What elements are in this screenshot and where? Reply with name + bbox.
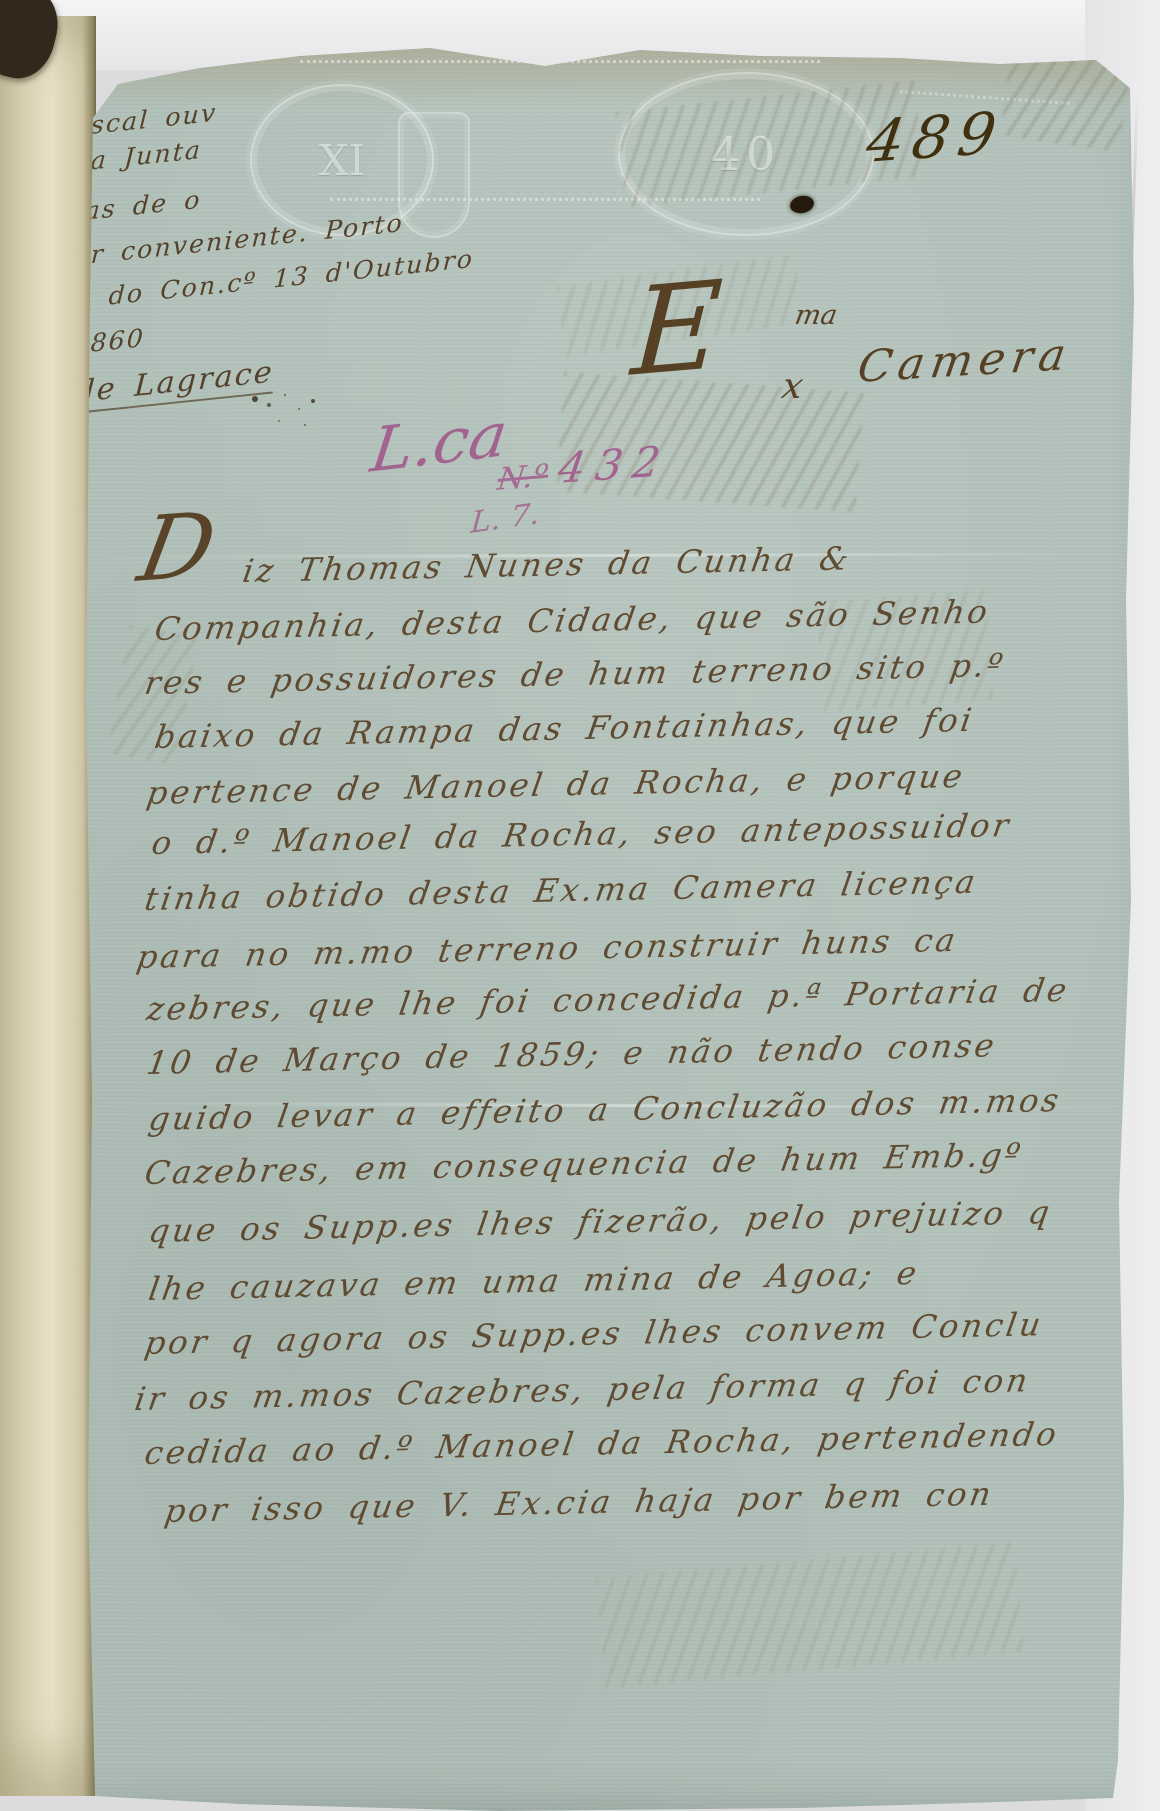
registry-crossed-label: N.º — [496, 458, 551, 498]
embossed-coat-of-arms — [398, 112, 470, 238]
heading-superscript: ma — [793, 300, 840, 331]
ink-spatter — [252, 396, 258, 402]
archive-number: 489 — [862, 99, 1008, 176]
heading-initial: E — [628, 254, 725, 403]
manuscript-paper: XI 40 Mass ejà o Ex os Fiscal ouv do a J… — [0, 0, 1160, 1811]
registry-number: 432 — [555, 436, 674, 493]
embossed-left-numeral: XI — [319, 136, 366, 185]
scan-backing-top — [0, 0, 1160, 70]
book-binding-edge — [0, 16, 96, 1796]
scanned-manuscript-page: XI 40 Mass ejà o Ex os Fiscal ouv do a J… — [0, 0, 1160, 1811]
